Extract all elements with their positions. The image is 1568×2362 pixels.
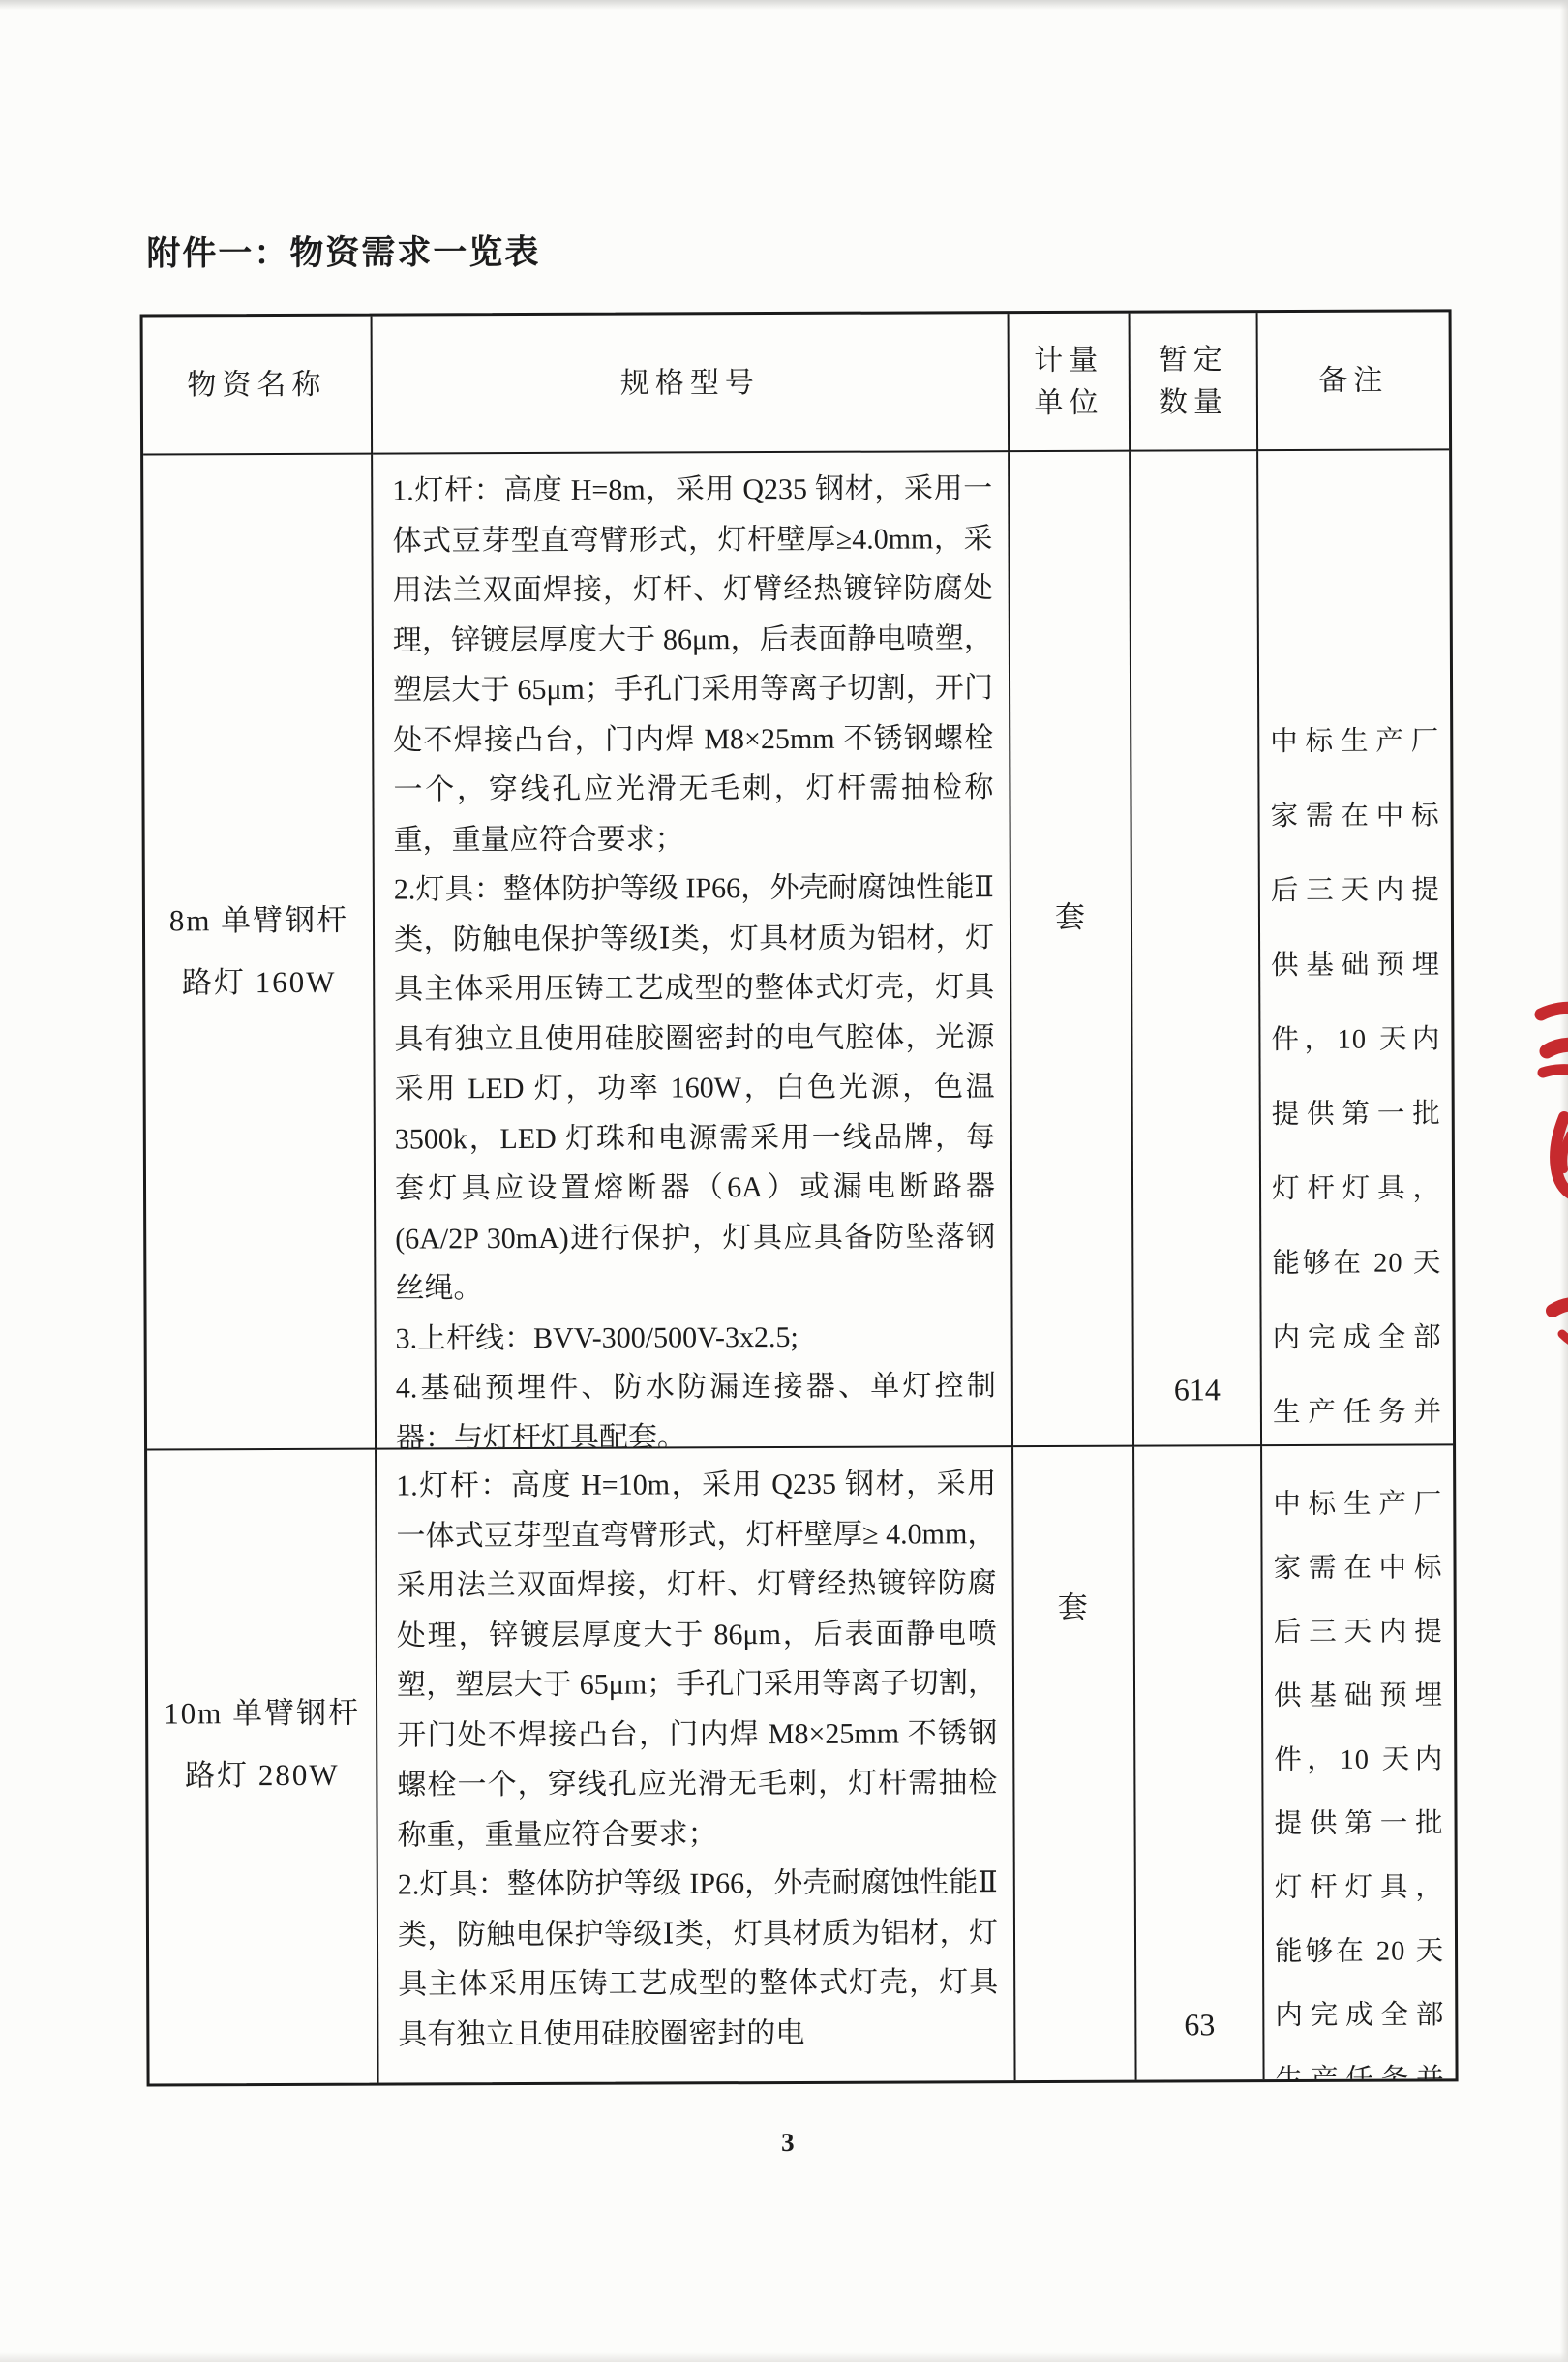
material-name-line1: 8m 单臂钢杆 — [169, 890, 349, 953]
table-row-1-material-name: 8m 单臂钢杆 路灯 160W — [143, 455, 377, 1451]
table-row-1-quantity: 614 — [1131, 451, 1262, 1446]
spec-paragraph-1: 1.灯杆：高度 H=8m，采用 Q235 钢材，采用一体式豆芽型直弯臂形式，灯杆… — [392, 464, 994, 864]
materials-table: 物资名称 规格型号 计量 单位 暂定 数量 备注 8m 单臂钢杆 路灯 160W — [140, 309, 1459, 2086]
header-unit-line1: 计量 — [1034, 339, 1103, 381]
header-quantity-line2: 数量 — [1159, 381, 1228, 424]
header-material-name-label: 物资名称 — [187, 363, 326, 407]
table-row-1-remark: 中标生产厂家需在中标后三天内提供基础预埋件，10 天内提供第一批灯杆灯具，能够在… — [1258, 450, 1453, 1446]
quantity-value: 63 — [1184, 2007, 1215, 2079]
header-quantity-line1: 暂定 — [1159, 339, 1228, 381]
table-row-1-spec: 1.灯杆：高度 H=8m，采用 Q235 钢材，采用一体式豆芽型直弯臂形式，灯杆… — [373, 452, 1013, 1450]
material-name-line2: 路灯 280W — [185, 1744, 340, 1807]
quantity-value: 614 — [1174, 1372, 1221, 1444]
spec-paragraph-2: 2.灯具：整体防护等级 IP66，外壳耐腐蚀性能Ⅱ类，防触电保护等级Ⅰ类，灯具材… — [398, 1858, 999, 2059]
page-title: 附件一：物资需求一览表 — [146, 226, 540, 276]
header-spec-model: 规格型号 — [373, 314, 1010, 455]
spec-paragraph-3: 3.上杆线：BVV-300/500V-3x2.5; — [396, 1312, 996, 1364]
page-content: 附件一：物资需求一览表 物资名称 规格型号 计量 单位 暂定 数量 备注 — [0, 0, 1568, 2362]
table-row-2-remark: 中标生产厂家需在中标后三天内提供基础预埋件，10 天内提供第一批灯杆灯具，能够在… — [1262, 1445, 1456, 2079]
header-remark: 备注 — [1258, 312, 1450, 451]
table-row-2-quantity: 63 — [1134, 1446, 1265, 2080]
red-ink-stamp-fragment — [1514, 980, 1568, 1386]
material-name-line1: 10m 单臂钢杆 — [164, 1682, 360, 1745]
header-unit: 计量 单位 — [1010, 314, 1131, 452]
header-spec-model-label: 规格型号 — [620, 362, 760, 406]
table-row-1-unit: 套 — [1010, 452, 1134, 1447]
unit-value: 套 — [1058, 1583, 1090, 1626]
unit-value: 套 — [1055, 893, 1087, 936]
page-number: 3 — [4, 2125, 1568, 2161]
spec-paragraph-2: 2.灯具：整体防护等级 IP66，外壳耐腐蚀性能Ⅱ类，防触电保护等级Ⅰ类，灯具材… — [394, 863, 996, 1314]
header-remark-label: 备注 — [1318, 359, 1388, 402]
header-unit-line2: 单位 — [1034, 381, 1103, 424]
table-row-2-material-name: 10m 单臂钢杆 路灯 280W — [147, 1450, 379, 2084]
material-name-line2: 路灯 160W — [182, 952, 337, 1014]
table-row-2-unit: 套 — [1013, 1447, 1137, 2080]
spec-paragraph-1: 1.灯杆：高度 H=10m，采用 Q235 钢材，采用一体式豆芽型直弯臂形式，灯… — [396, 1459, 998, 1860]
spec-paragraph-4: 4.基础预埋件、防水防漏连接器、单灯控制器：与灯杆灯具配套。 — [396, 1361, 996, 1449]
header-quantity: 暂定 数量 — [1131, 313, 1259, 452]
header-material-name: 物资名称 — [143, 317, 374, 456]
table-row-2-spec: 1.灯杆：高度 H=10m，采用 Q235 钢材，采用一体式豆芽型直弯臂形式，灯… — [377, 1447, 1016, 2083]
scanned-page: 附件一：物资需求一览表 物资名称 规格型号 计量 单位 暂定 数量 备注 — [0, 0, 1568, 2362]
